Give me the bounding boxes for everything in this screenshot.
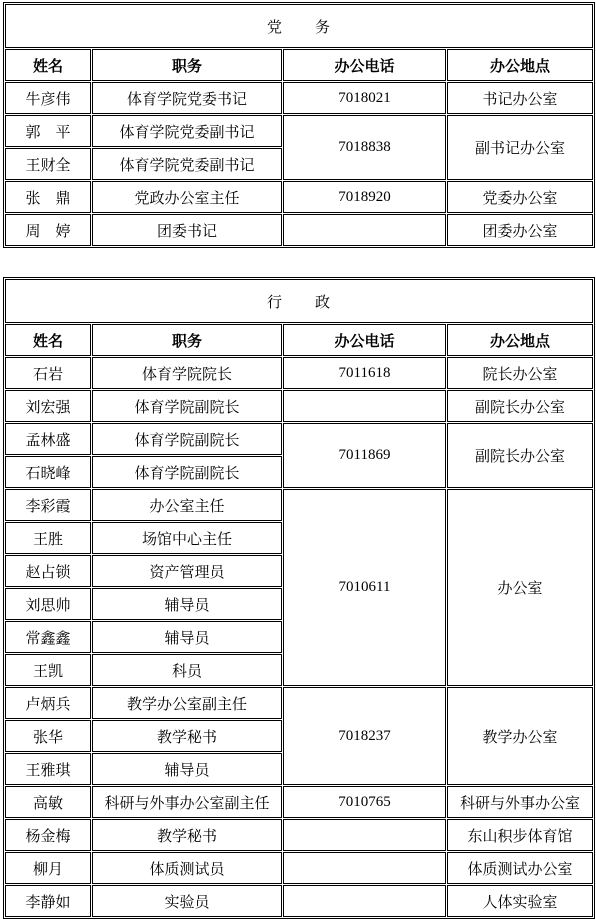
position-cell: 辅导员 [92, 621, 282, 653]
location-cell: 科研与外事办公室 [447, 786, 593, 818]
header-location: 办公地点 [447, 49, 593, 81]
phone-cell: 7011618 [283, 357, 446, 389]
staff-directory-page: 党 务 姓名 职务 办公电话 办公地点 牛彦伟 体育学院党委书记 7018021… [0, 0, 596, 921]
position-cell: 实验员 [92, 885, 282, 917]
name-cell: 孟林盛 [5, 423, 91, 455]
position-cell: 体育学院党委副书记 [92, 115, 282, 147]
header-position: 职务 [92, 49, 282, 81]
location-cell: 人体实验室 [447, 885, 593, 917]
name-cell: 王胜 [5, 522, 91, 554]
position-cell: 体育学院党委书记 [92, 82, 282, 114]
position-cell: 教学秘书 [92, 819, 282, 851]
phone-cell: 7018920 [283, 181, 446, 213]
party-header-row: 姓名 职务 办公电话 办公地点 [5, 49, 593, 81]
table-row: 牛彦伟 体育学院党委书记 7018021 书记办公室 [5, 82, 593, 114]
position-cell: 办公室主任 [92, 489, 282, 521]
table-row: 孟林盛 体育学院副院长 7011869 副院长办公室 [5, 423, 593, 455]
name-cell: 李彩霞 [5, 489, 91, 521]
name-cell: 张 鼎 [5, 181, 91, 213]
name-cell: 李静如 [5, 885, 91, 917]
location-cell: 副院长办公室 [447, 423, 593, 488]
name-cell: 高敏 [5, 786, 91, 818]
phone-cell: 7010765 [283, 786, 446, 818]
phone-cell: 7011869 [283, 423, 446, 488]
table-row: 张 鼎 党政办公室主任 7018920 党委办公室 [5, 181, 593, 213]
table-row: 石岩 体育学院院长 7011618 院长办公室 [5, 357, 593, 389]
position-cell: 场馆中心主任 [92, 522, 282, 554]
position-cell: 科员 [92, 654, 282, 686]
phone-cell [283, 852, 446, 884]
table-row: 李彩霞 办公室主任 7010611 办公室 [5, 489, 593, 521]
location-cell: 院长办公室 [447, 357, 593, 389]
name-cell: 常鑫鑫 [5, 621, 91, 653]
admin-title-row: 行 政 [5, 279, 593, 323]
name-cell: 石岩 [5, 357, 91, 389]
header-phone: 办公电话 [283, 49, 446, 81]
position-cell: 体育学院副院长 [92, 423, 282, 455]
position-cell: 辅导员 [92, 588, 282, 620]
name-cell: 卢炳兵 [5, 687, 91, 719]
administration-table: 行 政 姓名 职务 办公电话 办公地点 石岩 体育学院院长 7011618 院长… [3, 277, 595, 919]
header-location: 办公地点 [447, 324, 593, 356]
table-row: 郭 平 体育学院党委副书记 7018838 副书记办公室 [5, 115, 593, 147]
table-row: 刘宏强 体育学院副院长 副院长办公室 [5, 390, 593, 422]
position-cell: 体育学院党委副书记 [92, 148, 282, 180]
location-cell: 党委办公室 [447, 181, 593, 213]
location-cell: 团委办公室 [447, 214, 593, 246]
phone-cell [283, 390, 446, 422]
table-row: 杨金梅 教学秘书 东山积步体育馆 [5, 819, 593, 851]
admin-table-title: 行 政 [5, 279, 593, 323]
party-affairs-table: 党 务 姓名 职务 办公电话 办公地点 牛彦伟 体育学院党委书记 7018021… [3, 2, 595, 248]
name-cell: 石晓峰 [5, 456, 91, 488]
position-cell: 团委书记 [92, 214, 282, 246]
party-table-title: 党 务 [5, 4, 593, 48]
name-cell: 赵占锁 [5, 555, 91, 587]
position-cell: 教学办公室副主任 [92, 687, 282, 719]
table-row: 柳月 体质测试员 体质测试办公室 [5, 852, 593, 884]
location-cell: 书记办公室 [447, 82, 593, 114]
name-cell: 郭 平 [5, 115, 91, 147]
location-cell: 教学办公室 [447, 687, 593, 785]
name-cell: 张华 [5, 720, 91, 752]
location-cell: 副院长办公室 [447, 390, 593, 422]
name-cell: 刘宏强 [5, 390, 91, 422]
table-row: 高敏 科研与外事办公室副主任 7010765 科研与外事办公室 [5, 786, 593, 818]
location-cell: 副书记办公室 [447, 115, 593, 180]
position-cell: 体育学院副院长 [92, 390, 282, 422]
phone-cell: 7018237 [283, 687, 446, 785]
table-row: 李静如 实验员 人体实验室 [5, 885, 593, 917]
name-cell: 王雅琪 [5, 753, 91, 785]
header-name: 姓名 [5, 324, 91, 356]
table-row: 周 婷 团委书记 团委办公室 [5, 214, 593, 246]
position-cell: 辅导员 [92, 753, 282, 785]
location-cell: 东山积步体育馆 [447, 819, 593, 851]
location-cell: 体质测试办公室 [447, 852, 593, 884]
position-cell: 资产管理员 [92, 555, 282, 587]
table-row: 卢炳兵 教学办公室副主任 7018237 教学办公室 [5, 687, 593, 719]
name-cell: 刘思帅 [5, 588, 91, 620]
location-cell: 办公室 [447, 489, 593, 686]
header-name: 姓名 [5, 49, 91, 81]
phone-cell [283, 819, 446, 851]
header-position: 职务 [92, 324, 282, 356]
phone-cell: 7010611 [283, 489, 446, 686]
position-cell: 科研与外事办公室副主任 [92, 786, 282, 818]
phone-cell: 7018021 [283, 82, 446, 114]
phone-cell [283, 885, 446, 917]
position-cell: 教学秘书 [92, 720, 282, 752]
header-phone: 办公电话 [283, 324, 446, 356]
phone-cell [283, 214, 446, 246]
name-cell: 王凯 [5, 654, 91, 686]
name-cell: 牛彦伟 [5, 82, 91, 114]
position-cell: 体育学院院长 [92, 357, 282, 389]
name-cell: 杨金梅 [5, 819, 91, 851]
phone-cell: 7018838 [283, 115, 446, 180]
position-cell: 党政办公室主任 [92, 181, 282, 213]
name-cell: 柳月 [5, 852, 91, 884]
name-cell: 王财全 [5, 148, 91, 180]
party-title-row: 党 务 [5, 4, 593, 48]
position-cell: 体质测试员 [92, 852, 282, 884]
position-cell: 体育学院副院长 [92, 456, 282, 488]
admin-header-row: 姓名 职务 办公电话 办公地点 [5, 324, 593, 356]
name-cell: 周 婷 [5, 214, 91, 246]
